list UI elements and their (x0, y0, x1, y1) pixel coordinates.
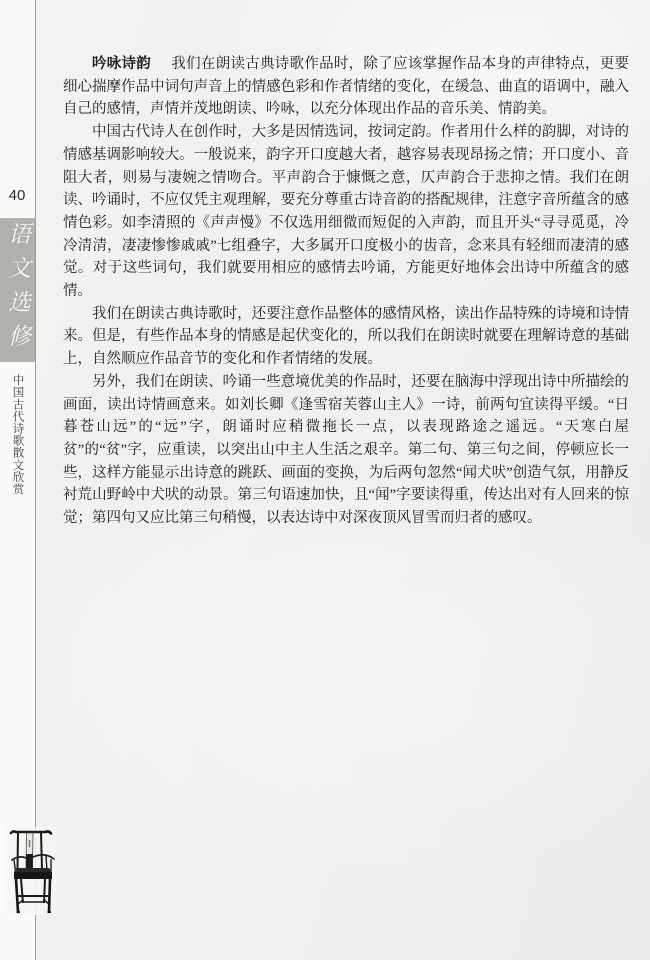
course-banner: 语文选修 (0, 218, 35, 362)
book-series-title: 中国古代诗歌散文欣赏 (0, 374, 35, 495)
section-heading: 吟咏诗韵 (92, 56, 151, 72)
paragraph-rhyme: 中国古代诗人在创作时，大多是因情选词，按词定韵。作者用什么样的韵脚，对诗的情感基… (63, 121, 629, 303)
course-banner-text: 语文选修 (0, 222, 35, 358)
paragraph-mood: 我们在朗读古典诗歌时，还要注意作品整体的感情风格，读出作品特殊的诗境和诗情来。但… (63, 303, 629, 371)
ming-armchair-icon (5, 827, 57, 915)
book-series-title-text: 中国古代诗歌散文欣赏 (11, 374, 25, 495)
margin-divider-line (35, 0, 36, 960)
main-text-block: 吟咏诗韵我们在朗读古典诗歌作品时，除了应该掌握作品本身的声律特点，更要细心揣摩作… (63, 53, 629, 530)
textbook-page: 40 语文选修 中国古代诗歌散文欣赏 吟咏诗韵我们在朗读古典诗歌作品时，除了应该… (0, 0, 650, 960)
page-number: 40 (0, 187, 34, 204)
paragraph-imagery: 另外，我们在朗读、吟诵一些意境优美的作品时，还要在脑海中浮现出诗中所描绘的画面，… (63, 371, 629, 530)
paragraph-intro: 吟咏诗韵我们在朗读古典诗歌作品时，除了应该掌握作品本身的声律特点，更要细心揣摩作… (63, 53, 629, 121)
